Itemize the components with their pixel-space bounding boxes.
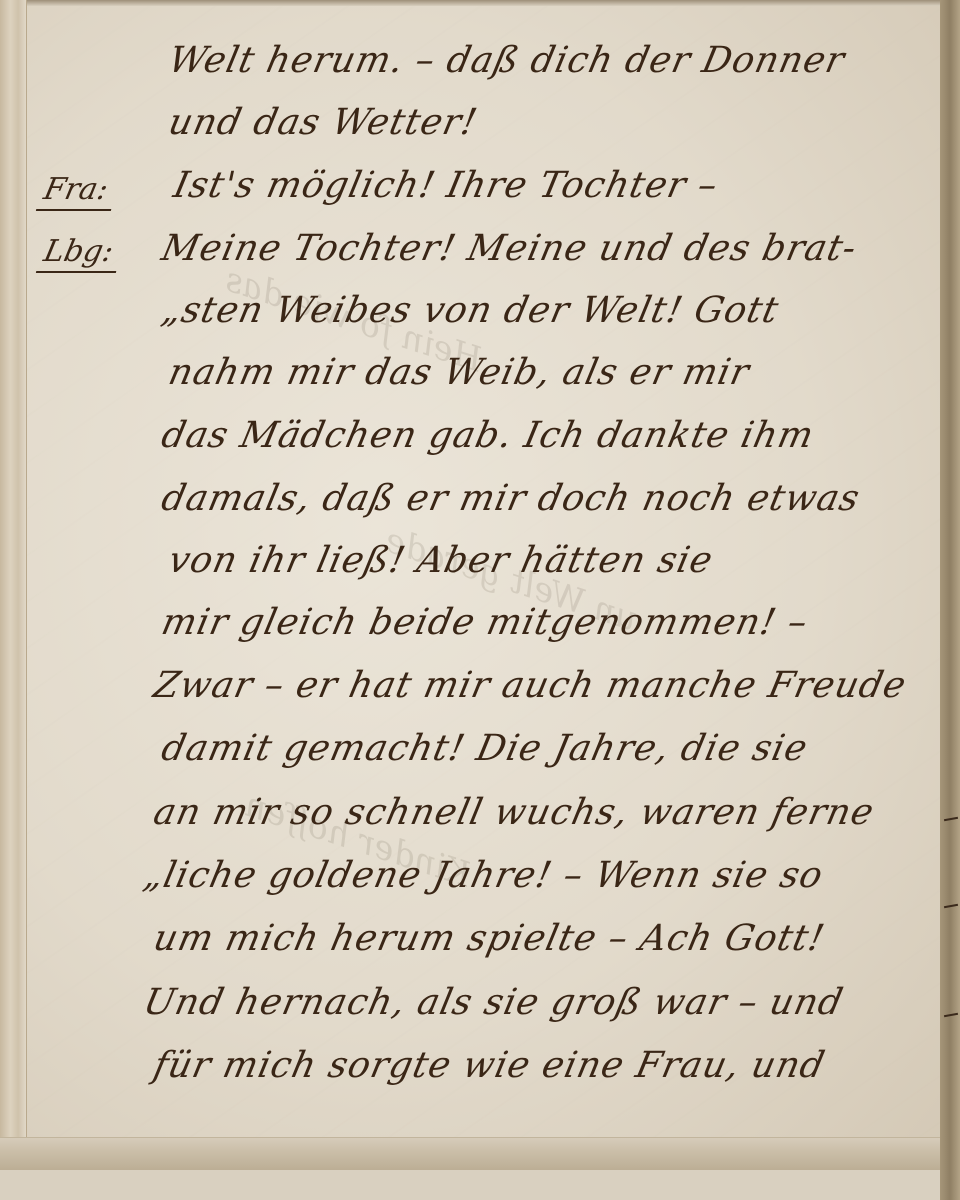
manuscript-line-5: „sten Weibes von der Welt! Gott — [158, 290, 783, 331]
manuscript-line-3: Ist's möglich! Ihre Tochter – — [170, 165, 722, 206]
manuscript-page: Hein fo wie das un Welt gerade Kinder ho… — [0, 0, 940, 1170]
facing-page-ink-mark — [944, 1013, 958, 1017]
manuscript-line-12: damit gemacht! Die Jahre, die sie — [158, 728, 812, 769]
manuscript-line-6: nahm mir das Weib, als er mir — [165, 352, 753, 393]
manuscript-line-9: von ihr ließ! Aber hätten sie — [165, 540, 717, 581]
manuscript-line-7: das Mädchen gab. Ich dankte ihm — [158, 415, 818, 456]
facing-page-ink-mark — [944, 817, 958, 821]
manuscript-scan: Hein fo wie das un Welt gerade Kinder ho… — [0, 0, 960, 1200]
manuscript-line-13: an mir so schnell wuchs, waren ferne — [150, 792, 878, 833]
manuscript-line-4: Meine Tochter! Meine und des brat- — [158, 228, 861, 269]
page-bottom-edge — [0, 1137, 940, 1170]
page-top-edge — [0, 0, 940, 6]
manuscript-line-11: Zwar – er hat mir auch manche Freude — [150, 665, 910, 706]
manuscript-line-8: damals, daß er mir doch noch etwas — [158, 478, 864, 519]
manuscript-line-14: „liche goldene Jahre! – Wenn sie so — [140, 855, 827, 896]
speaker-label-lbg: Lbg: — [36, 234, 125, 273]
manuscript-line-10: mir gleich beide mitgenommen! – — [158, 602, 812, 643]
book-gutter — [940, 0, 960, 1200]
manuscript-line-17: für mich sorgte wie eine Frau, und — [150, 1045, 829, 1086]
manuscript-line-15: um mich herum spielte – Ach Gott! — [150, 918, 829, 959]
facing-page-ink-mark — [944, 904, 958, 908]
manuscript-line-1: Welt herum. – daß dich der Donner — [165, 40, 849, 81]
page-left-binding — [0, 0, 27, 1170]
manuscript-line-16: Und hernach, als sie groß war – und — [140, 982, 847, 1023]
manuscript-line-2: und das Wetter! — [165, 102, 481, 143]
speaker-label-fra: Fra: — [36, 172, 119, 211]
